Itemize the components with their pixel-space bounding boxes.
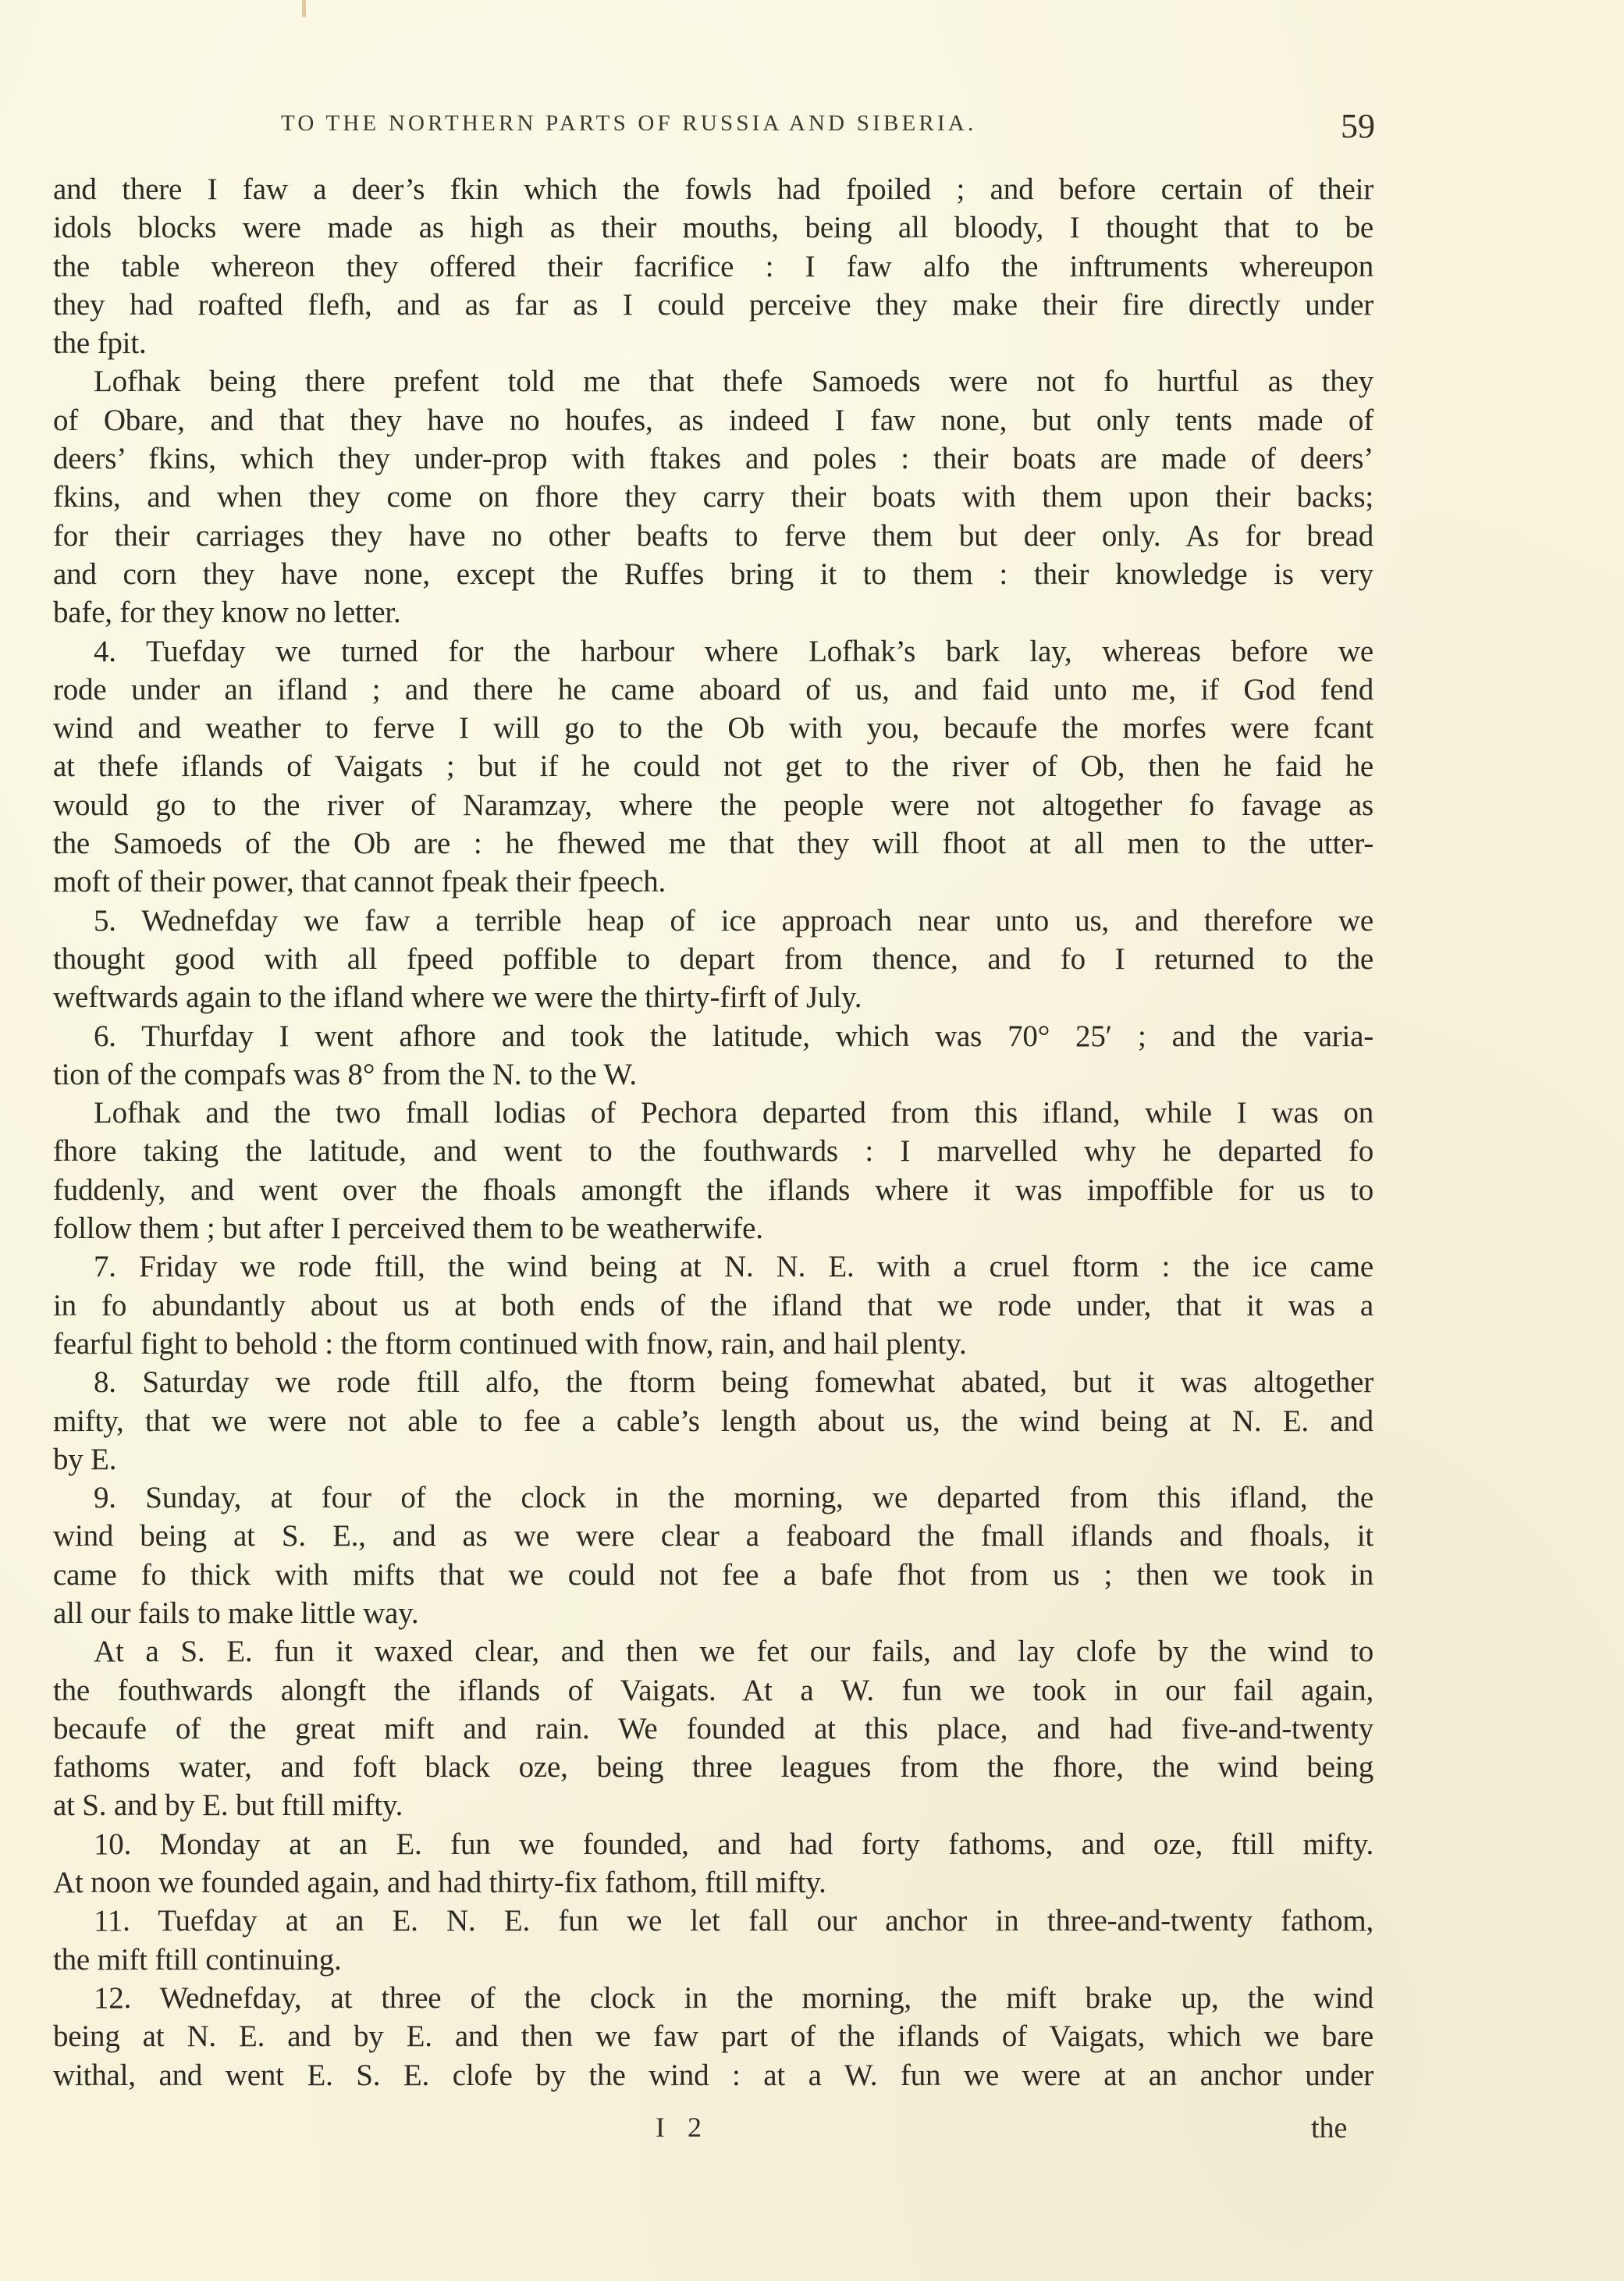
body-text: and there I faw a deer’s fkin which the …: [53, 170, 1373, 2094]
text-line: becaufe of the great mift and rain. We f…: [53, 1710, 1373, 1748]
text-line: 10. Monday at an E. fun we founded, and …: [53, 1825, 1373, 1863]
text-line: 12. Wednefday, at three of the clock in …: [53, 1979, 1373, 2017]
text-line: 6. Thurfday I went afhore and took the l…: [53, 1017, 1373, 1055]
running-head: TO THE NORTHERN PARTS OF RUSSIA AND SIBE…: [281, 111, 1171, 137]
catchword: the: [1311, 2111, 1347, 2145]
text-line: came fo thick with mifts that we could n…: [53, 1556, 1373, 1594]
text-line: and corn they have none, except the Ruff…: [53, 555, 1373, 593]
text-line: Lofhak being there prefent told me that …: [53, 362, 1373, 400]
text-line: fearful fight to behold : the ftorm cont…: [53, 1325, 1373, 1363]
text-line: wind being at S. E., and as we were clea…: [53, 1517, 1373, 1555]
text-line: mifty, that we were not able to fee a ca…: [53, 1402, 1373, 1440]
text-line: the fpit.: [53, 324, 1373, 362]
text-line: follow them ; but after I perceived them…: [53, 1209, 1373, 1247]
text-line: of Obare, and that they have no houfes, …: [53, 401, 1373, 439]
text-line: for their carriages they have no other b…: [53, 517, 1373, 555]
text-line: withal, and went E. S. E. clofe by the w…: [53, 2056, 1373, 2094]
text-line: moft of their power, that cannot fpeak t…: [53, 863, 1373, 901]
text-line: tion of the compafs was 8° from the N. t…: [53, 1055, 1373, 1094]
text-line: at S. and by E. but ftill mifty.: [53, 1786, 1373, 1824]
text-line: thought good with all fpeed poffible to …: [53, 940, 1373, 978]
text-line: 11. Tuefday at an E. N. E. fun we let fa…: [53, 1902, 1373, 1940]
text-line: 7. Friday we rode ftill, the wind being …: [53, 1247, 1373, 1286]
text-line: 9. Sunday, at four of the clock in the m…: [53, 1479, 1373, 1517]
text-line: the mift ftill continuing.: [53, 1941, 1373, 1979]
text-line: wind and weather to ferve I will go to t…: [53, 709, 1373, 747]
text-line: 5. Wednefday we faw a terrible heap of i…: [53, 902, 1373, 940]
text-line: at thefe iflands of Vaigats ; but if he …: [53, 747, 1373, 785]
text-line: fuddenly, and went over the fhoals among…: [53, 1171, 1373, 1209]
text-line: 8. Saturday we rode ftill alfo, the ftor…: [53, 1363, 1373, 1401]
book-page: TO THE NORTHERN PARTS OF RUSSIA AND SIBE…: [0, 0, 1624, 2281]
text-line: bafe, for they know no letter.: [53, 593, 1373, 632]
text-line: and there I faw a deer’s fkin which the …: [53, 170, 1373, 208]
printer-signature: I 2: [656, 2111, 709, 2144]
text-line: fathoms water, and foft black oze, being…: [53, 1748, 1373, 1786]
text-line: fkins, and when they come on fhore they …: [53, 478, 1373, 516]
text-line: deers’ fkins, which they under-prop with…: [53, 439, 1373, 478]
text-line: they had roafted flefh, and as far as I …: [53, 286, 1373, 324]
text-line: At a S. E. fun it waxed clear, and then …: [53, 1632, 1373, 1671]
text-line: by E.: [53, 1440, 1373, 1479]
text-line: the fouthwards alongft the iflands of Va…: [53, 1671, 1373, 1710]
text-line: in fo abundantly about us at both ends o…: [53, 1286, 1373, 1325]
text-line: weftwards again to the ifland where we w…: [53, 978, 1373, 1016]
text-line: the Samoeds of the Ob are : he fhewed me…: [53, 824, 1373, 863]
text-line: the table whereon they offered their fac…: [53, 247, 1373, 286]
text-line: fhore taking the latitude, and went to t…: [53, 1132, 1373, 1170]
text-line: 4. Tuefday we turned for the harbour whe…: [53, 632, 1373, 671]
text-line: would go to the river of Naramzay, where…: [53, 786, 1373, 824]
text-line: At noon we founded again, and had thirty…: [53, 1863, 1373, 1902]
text-line: all our fails to make little way.: [53, 1594, 1373, 1632]
text-line: rode under an ifland ; and there he came…: [53, 671, 1373, 709]
text-line: Lofhak and the two fmall lodias of Pecho…: [53, 1094, 1373, 1132]
page-number: 59: [1341, 106, 1375, 146]
paper-stain: [302, 0, 306, 17]
text-line: idols blocks were made as high as their …: [53, 208, 1373, 247]
text-line: being at N. E. and by E. and then we faw…: [53, 2017, 1373, 2055]
